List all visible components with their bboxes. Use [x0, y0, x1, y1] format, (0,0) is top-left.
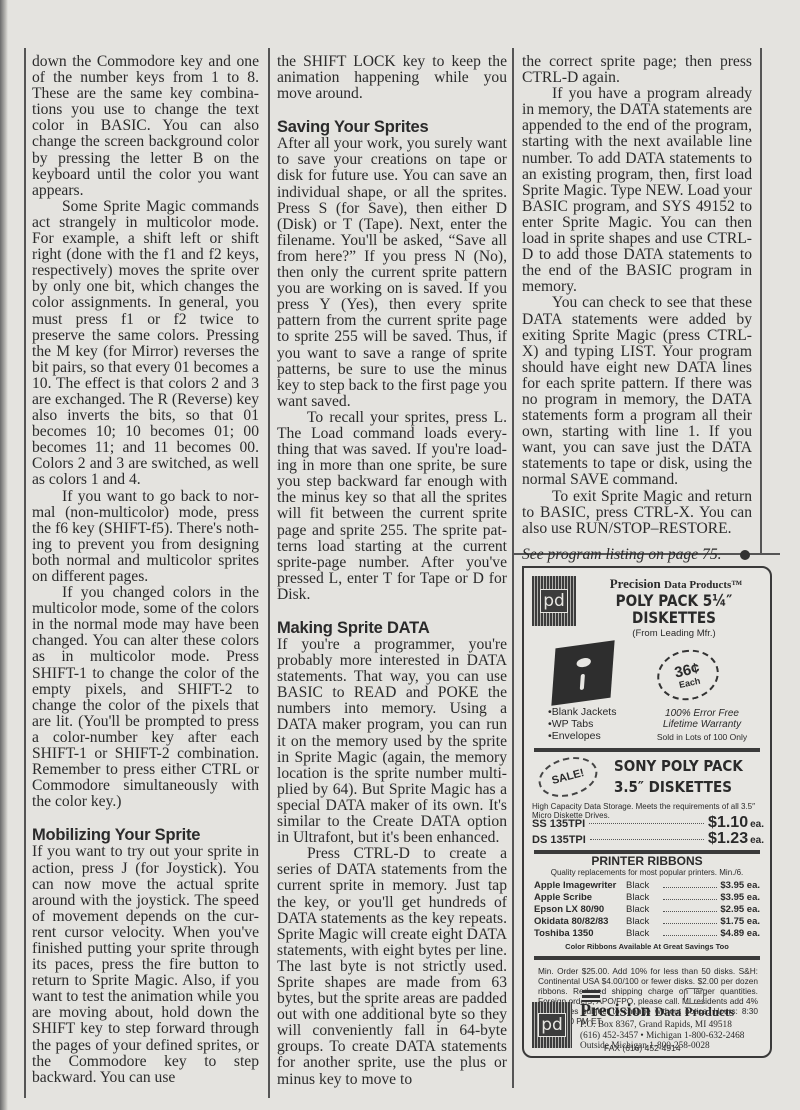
color-ribbons-note: Color Ribbons Available At Great Savings… — [534, 942, 760, 951]
poly-pack-title: POLY PACK 5¼″ DISKETTES — [598, 592, 751, 626]
ribbon-row: Apple Imagewriter Black $3.95 ea. — [534, 880, 760, 891]
lots-note: Sold in Lots of 100 Only — [642, 732, 762, 742]
paragraph: the correct sprite page; then press CTRL… — [522, 54, 752, 86]
ribbons-title: PRINTER RIBBONS — [534, 854, 760, 868]
ribbons-subtitle: Quality replacements for most popular pr… — [534, 868, 760, 877]
pd-logo-icon: pd — [532, 1002, 572, 1048]
paragraph: If you changed colors in the multicolor … — [32, 585, 259, 810]
endnote-text: See program listing on page 75. — [522, 546, 722, 563]
paragraph: the SHIFT LOCK key to keep the animation… — [277, 54, 507, 102]
paragraph: If you want to go back to nor­mal (non-m… — [32, 489, 259, 586]
sale-starburst-icon: SALE! — [534, 751, 602, 803]
end-of-article-mark-icon — [740, 550, 750, 560]
ribbon-row: Apple Scribe Black $3.95 ea. — [534, 892, 760, 903]
ribbon-row: Okidata 80/82/83 Black $1.75 ea. — [534, 916, 760, 927]
footer-brand: Precision Data Products — [580, 1000, 734, 1021]
precision-data-products-ad: pd Precision Data Products™ POLY PACK 5¼… — [522, 566, 772, 1058]
paragraph: down the Commodore key and one of the nu… — [32, 54, 259, 199]
feature-item: WP Tabs — [548, 718, 616, 730]
price-row: DS 135TPI $1.23 ea. — [532, 830, 764, 848]
sony-pack-title: SONY POLY PACK 3.5″ DISKETTES — [614, 756, 743, 798]
ribbon-row: Toshiba 1350 Black $4.89 ea. — [534, 928, 760, 939]
feature-item: Blank Jackets — [548, 706, 616, 718]
price-starburst-icon: 36¢ Each — [652, 644, 723, 706]
ad-brand: Precision Data Products™ — [586, 576, 766, 592]
column-rule-2 — [512, 48, 514, 1088]
ribbon-row: Epson LX 80/90 Black $2.95 ea. — [534, 904, 760, 915]
feature-item: Envelopes — [548, 730, 616, 742]
section-heading-mobilizing: Mobilizing Your Sprite — [32, 826, 259, 844]
column-rule-left — [24, 48, 26, 1098]
paragraph: To exit Sprite Magic and return to BASIC… — [522, 489, 752, 537]
warranty-text: 100% Error Free Lifetime Warranty — [642, 708, 762, 730]
paragraph: If you're a programmer, you're probably … — [277, 637, 507, 846]
article-column-2: the SHIFT LOCK key to keep the animation… — [277, 54, 507, 1088]
phone: (616) 452-3457 • Michigan 1-800-632-2468 — [580, 1031, 744, 1042]
paragraph: Press CTRL-D to create a series of DATA … — [277, 846, 507, 1087]
column-rule-1 — [268, 48, 270, 1098]
ad-divider — [534, 956, 760, 960]
column-rule-3 — [760, 48, 762, 553]
article-column-1: down the Commodore key and one of the nu… — [32, 54, 259, 1086]
paragraph: You can check to see that these DATA sta… — [522, 295, 752, 488]
feature-list: Blank Jackets WP Tabs Envelopes — [548, 706, 616, 742]
program-listing-note: See program listing on page 75. — [522, 547, 752, 563]
article-column-3: the correct sprite page; then press CTRL… — [522, 54, 752, 563]
section-heading-making-data: Making Sprite DATA — [277, 619, 507, 637]
poly-pack-subtitle: (From Leading Mfr.) — [584, 628, 764, 639]
paragraph: To recall your sprites, press L. The Loa… — [277, 410, 507, 603]
pd-logo-icon: pd — [532, 576, 576, 626]
section-heading-saving: Saving Your Sprites — [277, 118, 507, 136]
ad-divider — [534, 748, 760, 752]
floppy-disk-icon — [551, 640, 614, 706]
page-edge-shadow — [0, 0, 8, 1110]
address: P.O. Box 8367, Grand Rapids, MI 49518 — [580, 1020, 744, 1031]
paragraph: After all your work, you surely want to … — [277, 136, 507, 410]
fax: FAX (616) 452-4914 — [604, 1043, 681, 1053]
paragraph: Some Sprite Magic commands act strangely… — [32, 199, 259, 489]
paragraph: If you have a program already in memory,… — [522, 86, 752, 295]
paragraph: If you want to try out your sprite in ac… — [32, 844, 259, 1085]
